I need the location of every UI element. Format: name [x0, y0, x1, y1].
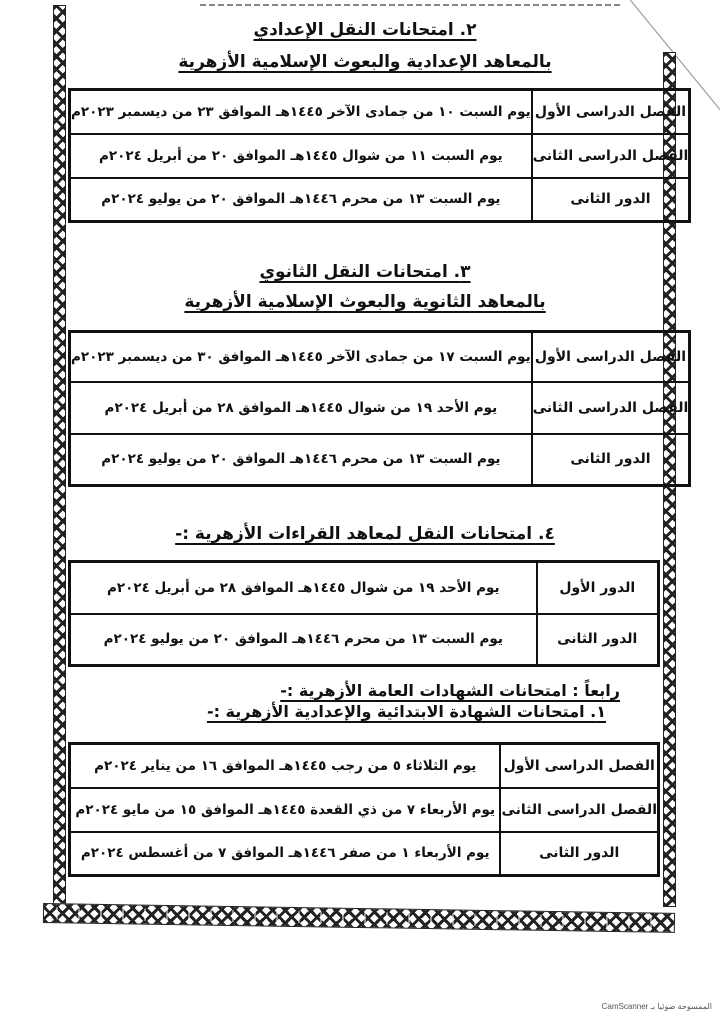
- table-row: الفصل الدراسى الثانى يوم الأربعاء ٧ من ذ…: [70, 788, 659, 832]
- exam-date: يوم الأربعاء ١ من صفر ١٤٤٦هـ الموافق ٧ م…: [70, 832, 501, 876]
- table-row: الدور الثانى يوم السبت ١٣ من محرم ١٤٤٦هـ…: [70, 434, 690, 486]
- exam-date: يوم السبت ١٣ من محرم ١٤٤٦هـ الموافق ٢٠ م…: [70, 178, 532, 222]
- term-label: الفصل الدراسى الثانى: [500, 788, 658, 832]
- section-title: رابعاً : امتحانات الشهادات العامة الأزهر…: [280, 681, 620, 700]
- exam-date: يوم السبت ١١ من شوال ١٤٤٥هـ الموافق ٢٠ م…: [70, 134, 532, 178]
- exam-date: يوم السبت ١٣ من محرم ١٤٤٦هـ الموافق ٢٠ م…: [70, 614, 537, 666]
- schedule-table-qiraat: الدور الأول يوم الأحد ١٩ من شوال ١٤٤٥هـ …: [68, 560, 660, 667]
- term-label: الدور الثانى: [532, 178, 690, 222]
- term-label: الفصل الدراسى الأول: [532, 90, 690, 134]
- scanner-watermark: الممسوحة ضوئيا بـ CamScanner: [602, 1002, 712, 1011]
- section-subtitle: ١. امتحانات الشهادة الابتدائية والإعدادي…: [207, 702, 606, 721]
- schedule-table-preparatory: الفصل الدراسى الأول يوم السبت ١٠ من جماد…: [68, 88, 691, 223]
- table-row: الفصل الدراسى الأول يوم السبت ١٧ من جماد…: [70, 332, 690, 382]
- exam-date: يوم السبت ١٠ من جمادى الآخر ١٤٤٥هـ الموا…: [70, 90, 532, 134]
- term-label: الفصل الدراسى الثانى: [532, 134, 690, 178]
- term-label: الفصل الدراسى الأول: [532, 332, 690, 382]
- term-label: الدور الثانى: [532, 434, 690, 486]
- exam-date: يوم الأربعاء ٧ من ذي القعدة ١٤٤٥هـ الموا…: [70, 788, 501, 832]
- schedule-table-certificates: الفصل الدراسى الأول يوم الثلاثاء ٥ من رج…: [68, 742, 660, 877]
- table-row: الدور الأول يوم الأحد ١٩ من شوال ١٤٤٥هـ …: [70, 562, 659, 614]
- table-row: الدور الثانى يوم السبت ١٣ من محرم ١٤٤٦هـ…: [70, 178, 690, 222]
- term-label: الفصل الدراسى الأول: [500, 744, 658, 788]
- exam-date: يوم السبت ١٧ من جمادى الآخر ١٤٤٥هـ الموا…: [70, 332, 532, 382]
- term-label: الدور الثانى: [500, 832, 658, 876]
- schedule-table-secondary: الفصل الدراسى الأول يوم السبت ١٧ من جماد…: [68, 330, 691, 487]
- exam-date: يوم الثلاثاء ٥ من رجب ١٤٤٥هـ الموافق ١٦ …: [70, 744, 501, 788]
- decorative-border-bottom: [43, 903, 675, 933]
- section-heading-preparatory: ٢. امتحانات النقل الإعدادي بالمعاهد الإع…: [70, 18, 660, 74]
- table-row: الفصل الدراسى الثانى يوم الأحد ١٩ من شوا…: [70, 382, 690, 434]
- table-row: الفصل الدراسى الثانى يوم السبت ١١ من شوا…: [70, 134, 690, 178]
- scanned-document-page: ٢. امتحانات النقل الإعدادي بالمعاهد الإع…: [0, 0, 720, 1019]
- section-title: ٤. امتحانات النقل لمعاهد القراءات الأزهر…: [175, 524, 555, 544]
- section-subtitle: بالمعاهد الثانوية والبعوث الإسلامية الأز…: [184, 292, 545, 312]
- exam-date: يوم السبت ١٣ من محرم ١٤٤٦هـ الموافق ٢٠ م…: [70, 434, 532, 486]
- section-title: ٢. امتحانات النقل الإعدادي: [254, 20, 477, 40]
- decorative-border-left: [53, 5, 66, 910]
- exam-date: يوم الأحد ١٩ من شوال ١٤٤٥هـ الموافق ٢٨ م…: [70, 382, 532, 434]
- table-row: الفصل الدراسى الأول يوم السبت ١٠ من جماد…: [70, 90, 690, 134]
- section-subtitle: بالمعاهد الإعدادية والبعوث الإسلامية الأ…: [178, 52, 551, 72]
- section-title: ٣. امتحانات النقل الثانوي: [259, 262, 470, 282]
- table-row: الدور الثانى يوم الأربعاء ١ من صفر ١٤٤٦ه…: [70, 832, 659, 876]
- section-heading-qiraat: ٤. امتحانات النقل لمعاهد القراءات الأزهر…: [70, 522, 660, 546]
- table-row: الفصل الدراسى الأول يوم الثلاثاء ٥ من رج…: [70, 744, 659, 788]
- section-heading-certificates: رابعاً : امتحانات الشهادات العامة الأزهر…: [70, 680, 660, 722]
- term-label: الدور الثانى: [537, 614, 659, 666]
- exam-date: يوم الأحد ١٩ من شوال ١٤٤٥هـ الموافق ٢٨ م…: [70, 562, 537, 614]
- term-label: الدور الأول: [537, 562, 659, 614]
- section-heading-secondary: ٣. امتحانات النقل الثانوي بالمعاهد الثان…: [70, 260, 660, 314]
- top-dashed-rule: [200, 4, 620, 6]
- term-label: الفصل الدراسى الثانى: [532, 382, 690, 434]
- table-row: الدور الثانى يوم السبت ١٣ من محرم ١٤٤٦هـ…: [70, 614, 659, 666]
